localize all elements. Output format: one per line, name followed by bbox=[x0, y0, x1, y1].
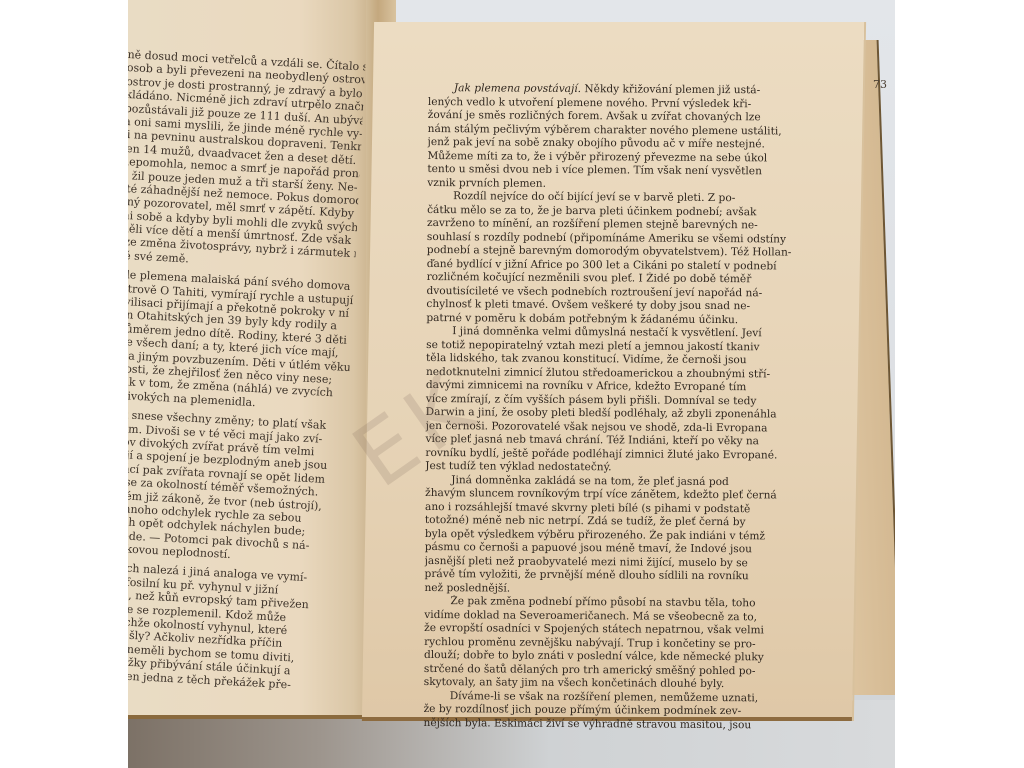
left-page: ně dosud moci vetřelců a vzdáli se. Číta… bbox=[128, 0, 373, 719]
left-page-text: ně dosud moci vetřelců a vzdáli se. Číta… bbox=[128, 48, 366, 694]
book-photo: ně dosud moci vetřelců a vzdáli se. Číta… bbox=[128, 0, 895, 768]
page-number: 73 bbox=[873, 78, 887, 91]
right-page-text: Jak plemena povstávají. Někdy křižování … bbox=[423, 82, 868, 733]
text-span: Někdy křižování plemen již ustá- bbox=[581, 83, 760, 96]
section-heading: Jak plemena povstávají. bbox=[454, 82, 581, 95]
